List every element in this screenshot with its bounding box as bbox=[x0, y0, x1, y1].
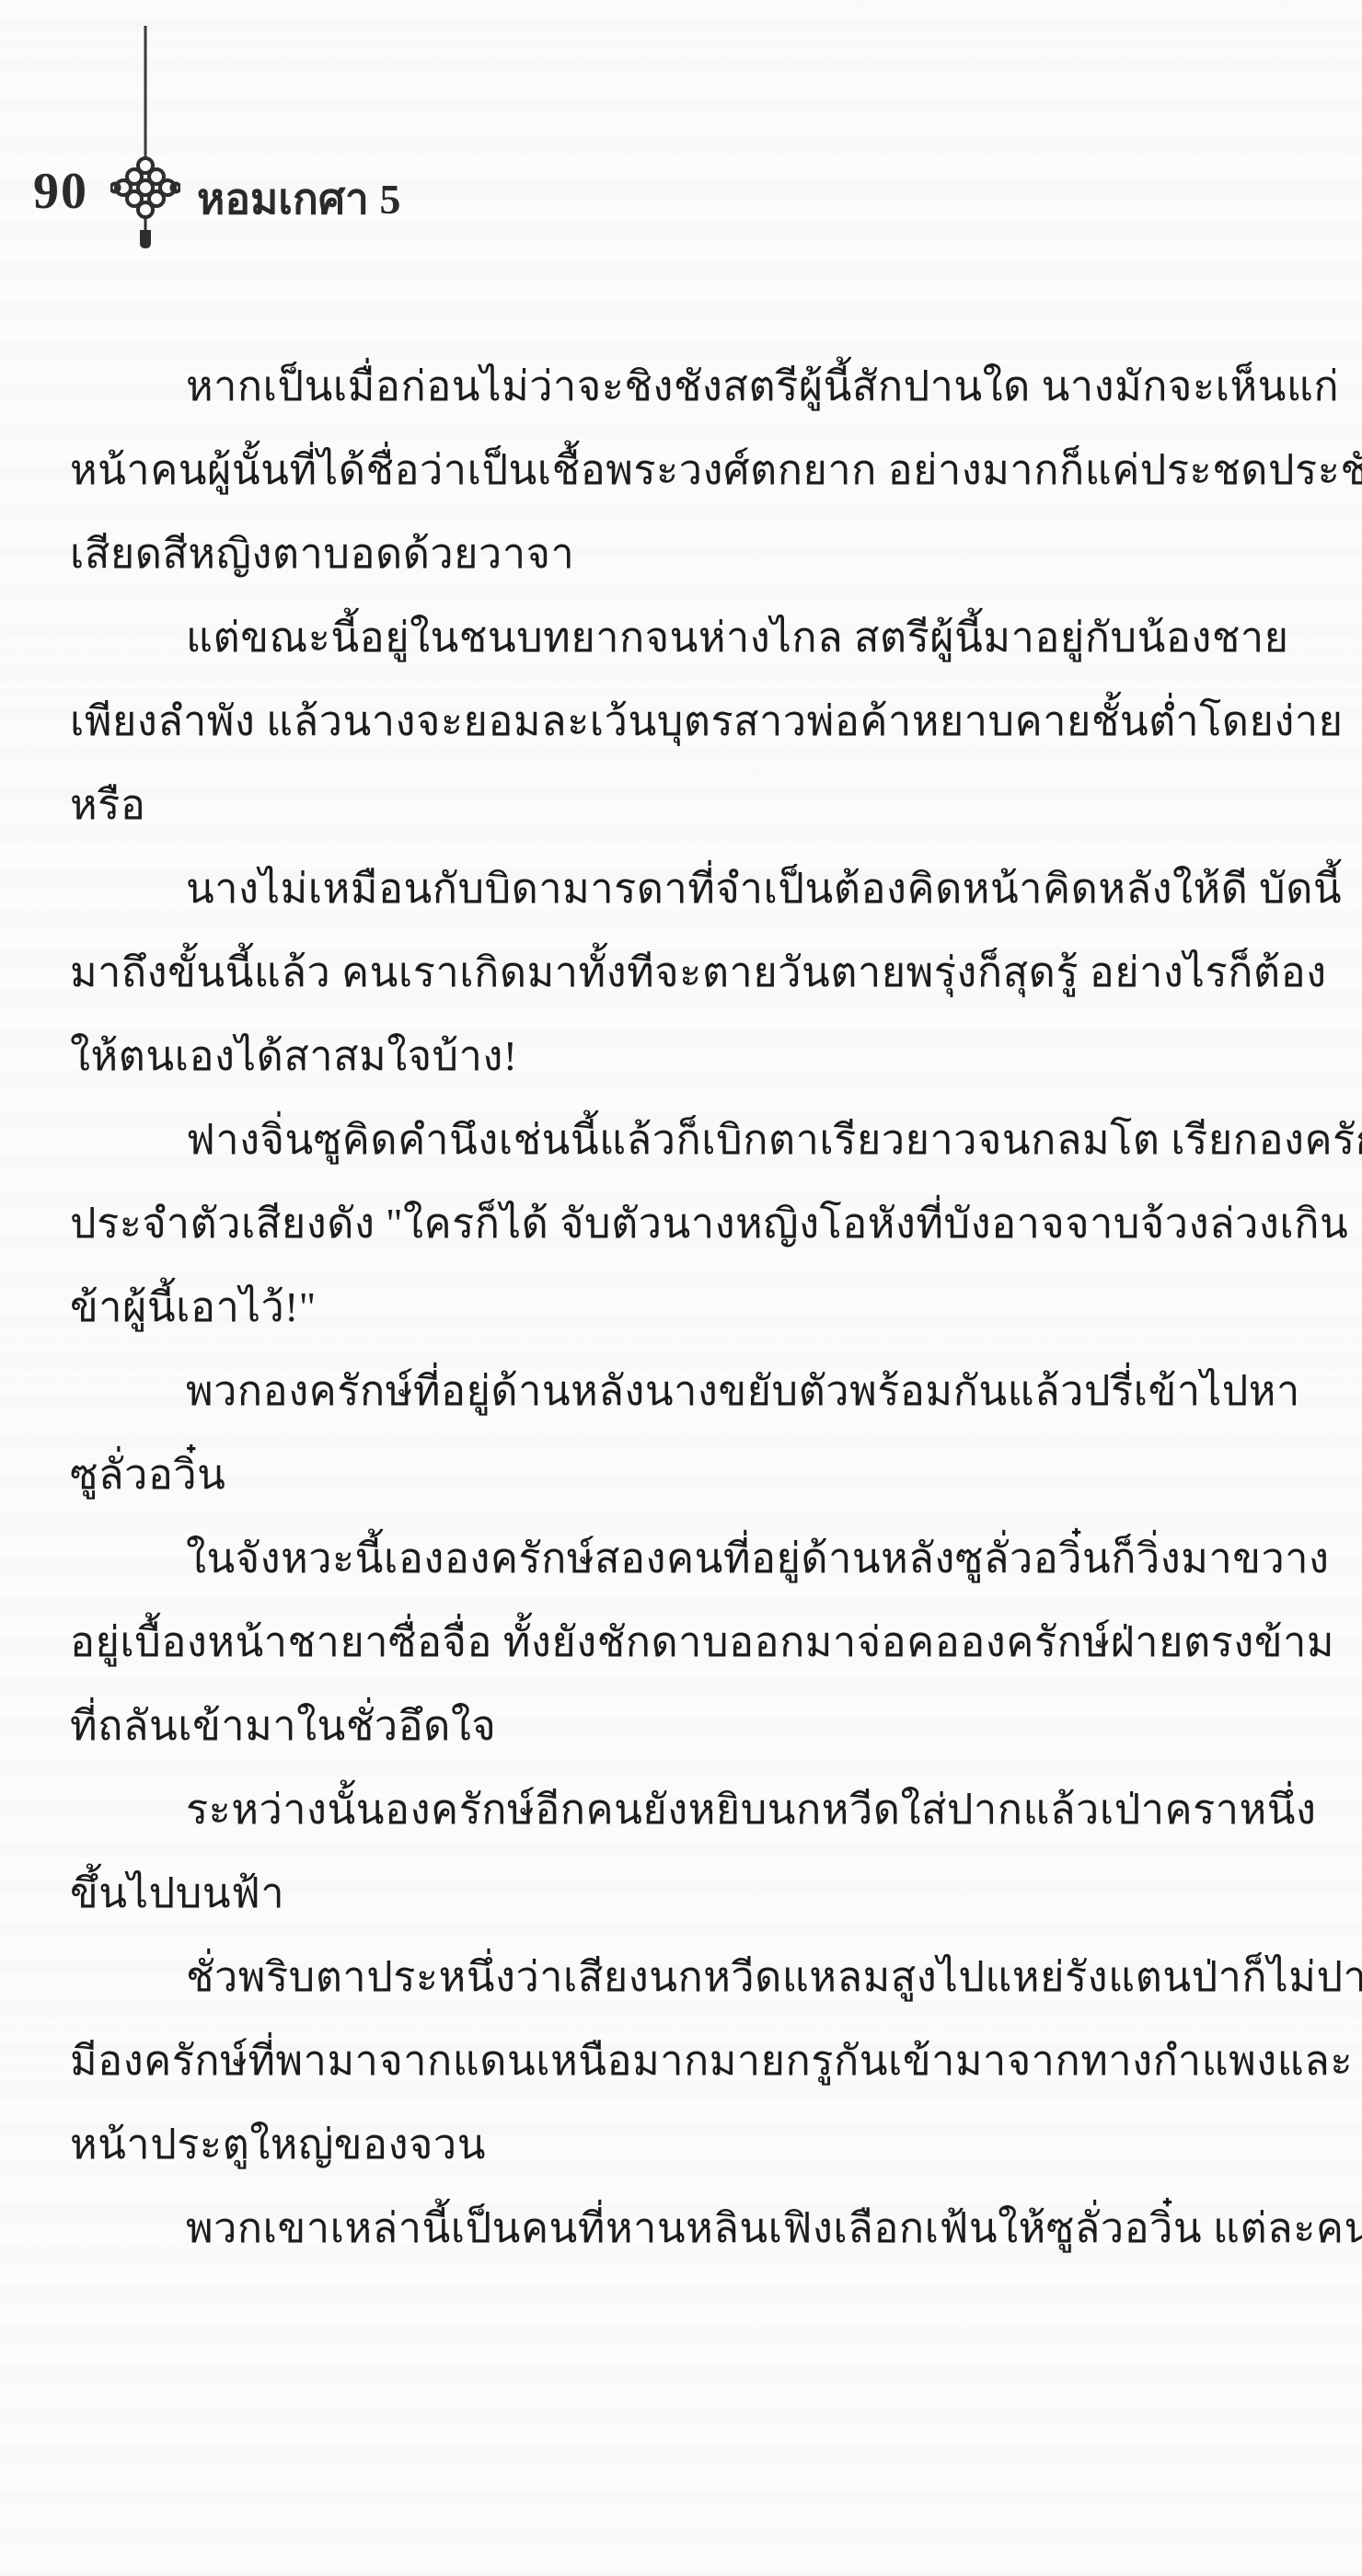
text-line: พวกองครักษ์ที่อยู่ด้านหลังนางขยับตัวพร้อ… bbox=[70, 1347, 1310, 1431]
text-line: แต่ขณะนี้อยู่ในชนบทยากจนห่างไกล สตรีผู้น… bbox=[70, 593, 1310, 677]
text-line: ประจำตัวเสียงดัง "ใครก็ได้ จับตัวนางหญิง… bbox=[70, 1179, 1310, 1263]
paragraph: พวกองครักษ์ที่อยู่ด้านหลังนางขยับตัวพร้อ… bbox=[70, 1347, 1310, 1514]
text-line: พวกเขาเหล่านี้เป็นคนที่หานหลินเฟิงเลือกเ… bbox=[70, 2184, 1310, 2268]
text-line: หรือ bbox=[70, 761, 1310, 845]
book-title: หอมเกศา 5 bbox=[197, 166, 400, 233]
text-line: เสียดสีหญิงตาบอดด้วยวาจา bbox=[70, 510, 1310, 593]
paragraph: ชั่วพริบตาประหนึ่งว่าเสียงนกหวีดแหลมสูงไ… bbox=[70, 1933, 1310, 2184]
page-body: หากเป็นเมื่อก่อนไม่ว่าจะชิงชังสตรีผู้นี้… bbox=[70, 342, 1310, 2268]
chinese-knot-tassel-icon bbox=[110, 26, 180, 251]
text-line: ในจังหวะนี้เององครักษ์สองคนที่อยู่ด้านหล… bbox=[70, 1514, 1310, 1598]
text-line: มีองครักษ์ที่พามาจากแดนเหนือมากมายกรูกัน… bbox=[70, 2017, 1310, 2100]
text-line: ระหว่างนั้นองครักษ์อีกคนยังหยิบนกหวีดใส่… bbox=[70, 1765, 1310, 1849]
text-line: อยู่เบื้องหน้าชายาซื่อจื่อ ทั้งยังชักดาบ… bbox=[70, 1598, 1310, 1682]
text-line: เพียงลำพัง แล้วนางจะยอมละเว้นบุตรสาวพ่อค… bbox=[70, 677, 1310, 761]
text-line: ข้าผู้นี้เอาไว้!" bbox=[70, 1263, 1310, 1347]
text-line: ให้ตนเองได้สาสมใจบ้าง! bbox=[70, 1012, 1310, 1096]
paragraph: หากเป็นเมื่อก่อนไม่ว่าจะชิงชังสตรีผู้นี้… bbox=[70, 342, 1310, 593]
paragraph: พวกเขาเหล่านี้เป็นคนที่หานหลินเฟิงเลือกเ… bbox=[70, 2184, 1310, 2268]
text-line: หน้าคนผู้นั้นที่ได้ชื่อว่าเป็นเชื้อพระวง… bbox=[70, 426, 1310, 510]
text-line: ที่ถลันเข้ามาในชั่วอึดใจ bbox=[70, 1682, 1310, 1765]
paragraph: ระหว่างนั้นองครักษ์อีกคนยังหยิบนกหวีดใส่… bbox=[70, 1765, 1310, 1933]
book-page: 90 หอมเกศา 5 หากเป็นเมื่อก่อนไม่ว่าจะชิง… bbox=[0, 0, 1362, 2576]
text-line: ขึ้นไปบนฟ้า bbox=[70, 1849, 1310, 1933]
paragraph: นางไม่เหมือนกับบิดามารดาที่จำเป็นต้องคิด… bbox=[70, 845, 1310, 1096]
paragraph: แต่ขณะนี้อยู่ในชนบทยากจนห่างไกล สตรีผู้น… bbox=[70, 593, 1310, 845]
text-line: นางไม่เหมือนกับบิดามารดาที่จำเป็นต้องคิด… bbox=[70, 845, 1310, 928]
text-line: หากเป็นเมื่อก่อนไม่ว่าจะชิงชังสตรีผู้นี้… bbox=[70, 342, 1310, 426]
paragraph: ฟางจิ่นซูคิดคำนึงเช่นนี้แล้วก็เบิกตาเรีย… bbox=[70, 1096, 1310, 1347]
text-line: ซูลั่วอวิ๋น bbox=[70, 1431, 1310, 1514]
text-line: ชั่วพริบตาประหนึ่งว่าเสียงนกหวีดแหลมสูงไ… bbox=[70, 1933, 1310, 2017]
text-line: ฟางจิ่นซูคิดคำนึงเช่นนี้แล้วก็เบิกตาเรีย… bbox=[70, 1096, 1310, 1179]
page-number: 90 bbox=[33, 162, 88, 221]
text-line: หน้าประตูใหญ่ของจวน bbox=[70, 2100, 1310, 2184]
paragraph: ในจังหวะนี้เององครักษ์สองคนที่อยู่ด้านหล… bbox=[70, 1514, 1310, 1765]
text-line: มาถึงขั้นนี้แล้ว คนเราเกิดมาทั้งทีจะตายว… bbox=[70, 928, 1310, 1012]
